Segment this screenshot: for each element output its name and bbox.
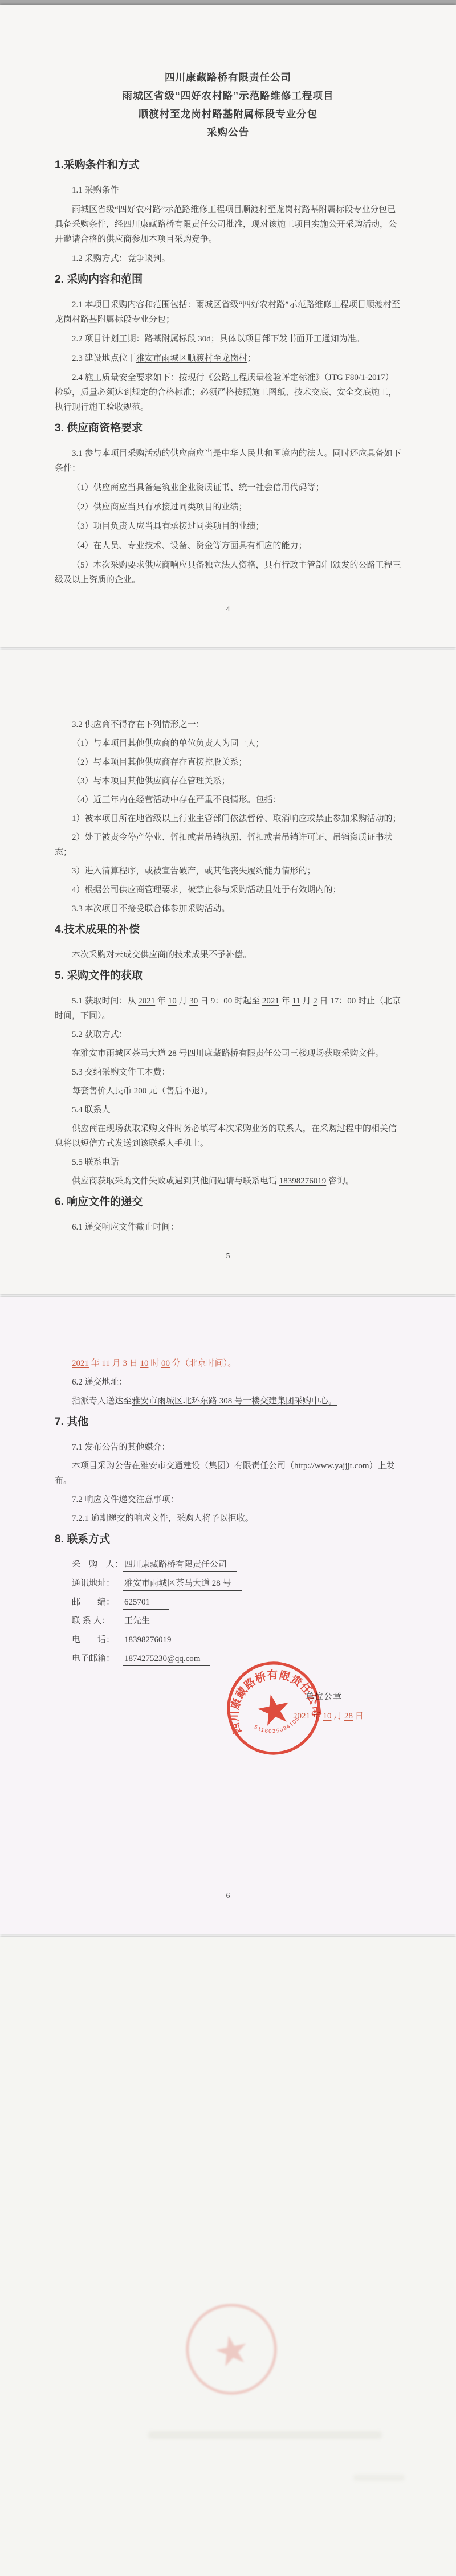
para-3-2-subitem-2: 2）处于被责令停产停业、暂扣或者吊销执照、暂扣或者吊销许可证、吊销资质证书状态； (55, 830, 401, 860)
para-6-2-body: 指派专人送达至雅安市雨城区北环东路 308 号一楼交建集团采购中心。 (55, 1394, 401, 1409)
contact-label-address: 通讯地址： (72, 1576, 123, 1591)
section-heading-4: 4.技术成果的补偿 (55, 922, 401, 937)
para-5-2: 5.2 获取方式： (55, 1027, 401, 1042)
para-3-2-subitem-3: 3）进入清算程序，或被宣告破产，或其他丧失履约能力情形的； (55, 864, 401, 879)
para-7-1: 7.1 发布公告的其他媒介： (55, 1440, 401, 1455)
section-heading-3: 3. 供应商资格要求 (55, 421, 401, 436)
para-3-2-item-4: （4）近三年内在经营活动中存在严重不良情形。包括： (55, 793, 401, 807)
para-3-1-item-1: （1）供应商应当具备建筑业企业资质证书、统一社会信用代码等； (55, 480, 401, 495)
para-3-1-item-5: （5）本次采购要求供应商响应具备独立法人资格，具有行政主管部门颁发的公路工程三级… (55, 558, 401, 587)
para-3-1-item-4: （4）在人员、专业技术、设备、资金等方面具有相应的能力； (55, 538, 401, 553)
para-2-2: 2.2 项目计划工期：路基附属标段 30d；具体以项目部下发书面开工通知为准。 (55, 332, 401, 346)
title-line-company: 四川康藏路桥有限责任公司 (55, 68, 401, 87)
document-page-4-blank (0, 1937, 456, 2576)
para-3-1-item-2: （2）供应商应当具有承接过同类项目的业绩； (55, 500, 401, 515)
para-7-1-body: 本项目采购公告在雅安市交通建设（集团）有限责任公司（http://www.yaj… (55, 1459, 401, 1488)
text-bleedthrough (148, 2431, 382, 2439)
contact-value-phone: 18398276019 (123, 1634, 191, 1647)
document-page-3: 2021 年 11 月 3 日 10 时 00 分（北京时间）。 6.2 递交地… (0, 1297, 456, 1934)
para-3-1-item-3: （3）项目负责人应当具有承接过同类项目的业绩； (55, 519, 401, 534)
para-5-2-body: 在雅安市雨城区茶马大道 28 号四川康藏路桥有限责任公司三楼现场获取采购文件。 (55, 1046, 401, 1061)
contact-row-buyer: 采 购 人：四川康藏路桥有限责任公司 (55, 1557, 401, 1572)
page-number: 4 (0, 605, 456, 614)
section-heading-5: 5. 采购文件的获取 (55, 968, 401, 983)
text-bleedthrough (353, 2475, 405, 2481)
contact-label-person: 联 系 人： (72, 1614, 123, 1628)
para-1-1: 1.1 采购条件 (55, 183, 401, 198)
section-heading-8: 8. 联系方式 (55, 1532, 401, 1547)
title-line-project: 雨城区省级“四好农村路”示范路维修工程项目 (55, 87, 401, 105)
para-2-1: 2.1 本项目采购内容和范围包括：雨城区省级“四好农村路”示范路维修工程项目顺渡… (55, 297, 401, 327)
para-6-2: 6.2 递交地址： (55, 1375, 401, 1390)
title-line-announcement: 采购公告 (55, 123, 401, 141)
contact-label-zip: 邮 编： (72, 1595, 123, 1610)
section-heading-7: 7. 其他 (55, 1414, 401, 1430)
para-5-3-body: 每套售价人民币 200 元（售后不退）。 (55, 1084, 401, 1099)
page-number: 5 (0, 1252, 456, 1261)
para-7-2: 7.2 响应文件递交注意事项： (55, 1492, 401, 1507)
contact-label-email: 电子邮箱： (72, 1651, 123, 1666)
document-title: 四川康藏路桥有限责任公司 雨城区省级“四好农村路”示范路维修工程项目 顺渡村至龙… (55, 5, 401, 141)
contact-value-zip: 625701 (123, 1596, 169, 1610)
svg-text:5118025034105: 5118025034105 (252, 1714, 303, 1739)
para-1-2: 1.2 采购方式：竞争谈判。 (55, 251, 401, 266)
para-2-4: 2.4 施工质量安全要求如下：按现行《公路工程质量检验评定标准》（JTG F80… (55, 370, 401, 415)
para-3-2-subitem-1: 1）被本项目所在地省级以上行业主管部门依法暂停、取消响应或禁止参加采购活动的； (55, 811, 401, 826)
contact-row-phone: 电 话：18398276019 (55, 1632, 401, 1647)
deadline-value-line: 2021 年 11 月 3 日 10 时 00 分（北京时间）。 (55, 1356, 401, 1371)
para-3-1: 3.1 参与本项目采购活动的供应商应当是中华人民共和国境内的法人。同时还应具备如… (55, 446, 401, 476)
seal-star-icon (255, 1691, 292, 1727)
scanned-document: 四川康藏路桥有限责任公司 雨城区省级“四好农村路”示范路维修工程项目 顺渡村至龙… (0, 0, 456, 2576)
para-5-5: 5.5 联系电话 (55, 1155, 401, 1170)
para-3-2-subitem-4: 4）根据公司供应商管理要求，被禁止参与采购活动且处于有效期内的； (55, 883, 401, 897)
para-3-2-item-2: （2）与本项目其他供应商存在直接控股关系； (55, 755, 401, 770)
para-3-2-item-3: （3）与本项目其他供应商存在管理关系； (55, 774, 401, 789)
contact-value-address: 雅安市雨城区茶马大道 28 号 (123, 1577, 242, 1591)
document-page-2: 3.2 供应商不得存在下列情形之一： （1）与本项目其他供应商的单位负责人为同一… (0, 650, 456, 1294)
seal-bleedthrough-icon (174, 2292, 288, 2406)
para-5-4-body: 供应商在现场获取采购文件时务必填写本次采购业务的联系人，在采购过程中的相关信息将… (55, 1121, 401, 1151)
para-5-1: 5.1 获取时间：从 2021 年 10 月 30 日 9：00 时起至 202… (55, 994, 401, 1023)
contact-row-address: 通讯地址：雅安市雨城区茶马大道 28 号 (55, 1576, 401, 1591)
page-number: 6 (0, 1892, 456, 1901)
section-heading-1: 1.采购条件和方式 (55, 157, 401, 173)
contact-label-buyer: 采 购 人： (72, 1557, 123, 1572)
para-3-2-item-1: （1）与本项目其他供应商的单位负责人为同一人； (55, 736, 401, 751)
section-heading-2: 2. 采购内容和范围 (55, 272, 401, 287)
contact-value-buyer: 四川康藏路桥有限责任公司 (123, 1558, 237, 1572)
contact-row-zip: 邮 编：625701 (55, 1595, 401, 1610)
contact-row-person: 联 系 人：王先生 (55, 1614, 401, 1628)
para-5-4: 5.4 联系人 (55, 1103, 401, 1117)
title-line-section: 顺渡村至龙岗村路基附属标段专业分包 (55, 105, 401, 123)
para-5-3: 5.3 交纳采购文件工本费： (55, 1065, 401, 1080)
document-page-1: 四川康藏路桥有限责任公司 雨城区省级“四好农村路”示范路维修工程项目 顺渡村至龙… (0, 5, 456, 647)
seal-serial-text: 5118025034105 (252, 1714, 303, 1739)
para-5-5-body: 供应商获取采购文件失败或遇到其他问题请与联系电话 18398276019 咨询。 (55, 1174, 401, 1189)
contact-value-person: 王先生 (123, 1615, 209, 1628)
para-4-body: 本次采购对未成交供应商的技术成果不予补偿。 (55, 948, 401, 962)
contact-value-email: 1874275230@qq.com (123, 1652, 210, 1666)
contact-row-email: 电子邮箱：1874275230@qq.com (55, 1651, 401, 1666)
para-3-3: 3.3 本次项目不接受联合体参加采购活动。 (55, 901, 401, 916)
para-2-3: 2.3 建设地点位于雅安市雨城区顺渡村至龙岗村； (55, 351, 401, 366)
para-1-1-body: 雨城区省级“四好农村路”示范路维修工程项目顺渡村至龙岗村路基附属标段专业分包已具… (55, 202, 401, 247)
para-6-1: 6.1 递交响应文件截止时间： (55, 1220, 401, 1235)
contact-label-phone: 电 话： (72, 1632, 123, 1647)
official-seal: 四川康藏路桥有限责任公司 5118025034105 (215, 1650, 332, 1766)
section-heading-6: 6. 响应文件的递交 (55, 1194, 401, 1210)
para-3-2: 3.2 供应商不得存在下列情形之一： (55, 717, 401, 732)
para-7-2-1: 7.2.1 逾期递交的响应文件，采购人将予以拒收。 (55, 1511, 401, 1526)
